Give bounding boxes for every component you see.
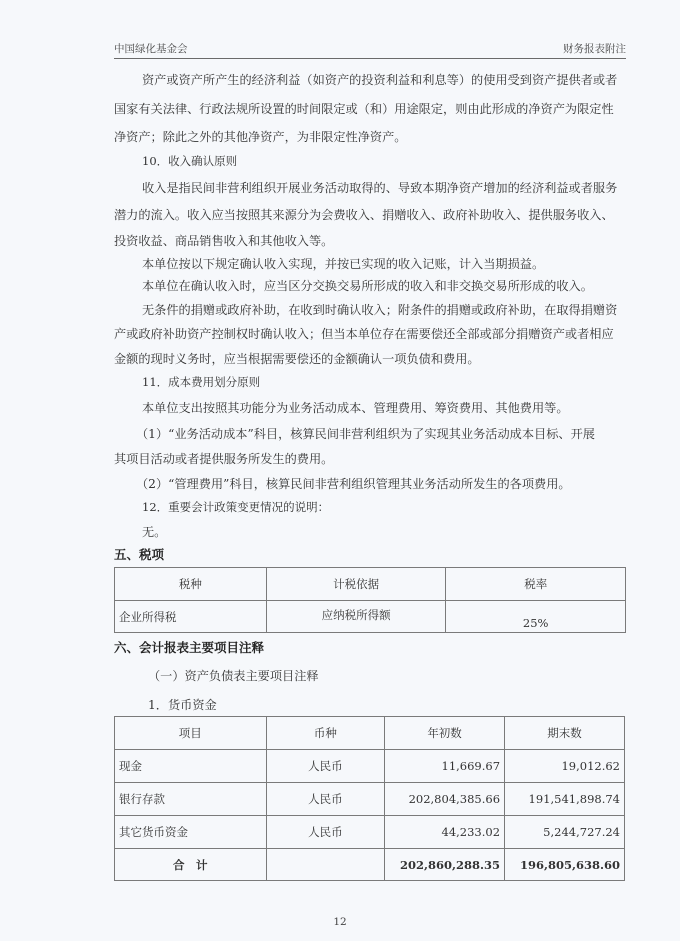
table-cell: 人民币 — [266, 750, 385, 783]
section-12-title: 12．重要会计政策变更情况的说明： — [114, 499, 654, 515]
tax-table: 税种 计税依据 税率 企业所得税 应纳税所得额 25% — [114, 567, 626, 633]
section-10-title: 10．收入确认原则 — [114, 153, 654, 169]
cash-item-title: 1．货币资金 — [114, 697, 660, 713]
table-header-row: 税种 计税依据 税率 — [115, 568, 626, 601]
paragraph-line: 本单位支出按照其功能分为业务活动成本、管理费用、筹资费用、其他费用等。 — [114, 400, 654, 416]
paragraph-line: 收入是指民间非营利组织开展业务活动取得的、导致本期净资产增加的经济利益或者服务 — [114, 180, 654, 196]
section-11-title: 11．成本费用划分原则 — [114, 374, 654, 390]
paragraph-line: 本单位按以下规定确认收入实现，并按已实现的收入记账，计入当期损益。 — [114, 256, 654, 272]
table-cell — [266, 849, 385, 881]
paragraph-line: 净资产；除此之外的其他净资产，为非限定性净资产。 — [114, 129, 626, 145]
paragraph-line: （2）“管理费用”科目，核算民间非营利组织管理其业务活动所发生的各项费用。 — [114, 476, 648, 492]
header-cell: 税率 — [446, 568, 626, 601]
table-row: 其它货币资金 人民币 44,233.02 5,244,727.24 — [115, 816, 625, 849]
header-cell: 计税依据 — [266, 568, 446, 601]
notes-section-title: 六、会计报表主要项目注释 — [114, 640, 626, 656]
paragraph-line: （1）“业务活动成本”科目，核算民间非营利组织为了实现其业务活动成本目标、开展 — [114, 426, 648, 442]
document-page: 中国绿化基金会 财务报表附注 资产或资产所产生的经济利益（如资产的投资利益和利息… — [0, 0, 680, 941]
page-number: 12 — [0, 916, 680, 928]
paragraph-line: 产或政府补助资产控制权时确认收入；但当本单位存在需要偿还全部或部分捐赠资产或者相… — [114, 326, 626, 342]
header-cell: 年初数 — [385, 717, 505, 750]
paragraph-line: 金额的现时义务时，应当根据需要偿还的金额确认一项负债和费用。 — [114, 351, 626, 367]
header-cell: 税种 — [115, 568, 267, 601]
table-cell: 其它货币资金 — [115, 816, 267, 849]
table-total-row: 合 计 202,860,288.35 196,805,638.60 — [115, 849, 625, 881]
paragraph-line: 无。 — [114, 524, 654, 540]
table-cell: 44,233.02 — [385, 816, 505, 849]
table-cell: 5,244,727.24 — [505, 816, 625, 849]
table-header-row: 项目 币种 年初数 期末数 — [115, 717, 625, 750]
paragraph-line: 潜力的流入。收入应当按照其来源分为会费收入、捐赠收入、政府补助收入、提供服务收入… — [114, 207, 626, 223]
total-label: 合 计 — [115, 849, 267, 881]
table-cell: 人民币 — [266, 783, 385, 816]
paragraph-line: 投资收益、商品销售收入和其他收入等。 — [114, 233, 626, 249]
table-row: 企业所得税 应纳税所得额 25% — [115, 601, 626, 633]
paragraph-line: 其项目活动或者提供服务所发生的费用。 — [114, 451, 626, 467]
table-cell: 人民币 — [266, 816, 385, 849]
table-cell: 25% — [446, 601, 626, 633]
header-cell: 项目 — [115, 717, 267, 750]
table-row: 银行存款 人民币 202,804,385.66 191,541,898.74 — [115, 783, 625, 816]
table-cell: 202,804,385.66 — [385, 783, 505, 816]
paragraph-line: 无条件的捐赠或政府补助，在收到时确认收入；附条件的捐赠或政府补助，在取得捐赠资 — [114, 302, 654, 318]
total-opening: 202,860,288.35 — [385, 849, 505, 881]
table-cell: 现金 — [115, 750, 267, 783]
paragraph-line: 资产或资产所产生的经济利益（如资产的投资利益和利息等）的使用受到资产提供者或者 — [114, 72, 654, 88]
table-cell: 企业所得税 — [115, 601, 267, 633]
table-cell: 11,669.67 — [385, 750, 505, 783]
cash-table: 项目 币种 年初数 期末数 现金 人民币 11,669.67 19,012.62… — [114, 716, 625, 881]
table-row: 现金 人民币 11,669.67 19,012.62 — [115, 750, 625, 783]
tax-section-title: 五、税项 — [114, 547, 626, 563]
table-cell: 19,012.62 — [505, 750, 625, 783]
table-cell: 191,541,898.74 — [505, 783, 625, 816]
header-cell: 币种 — [266, 717, 385, 750]
header-cell: 期末数 — [505, 717, 625, 750]
page-header: 中国绿化基金会 财务报表附注 — [114, 36, 626, 59]
total-closing: 196,805,638.60 — [505, 849, 625, 881]
table-cell: 银行存款 — [115, 783, 267, 816]
paragraph-line: 本单位在确认收入时，应当区分交换交易所形成的收入和非交换交易所形成的收入。 — [114, 278, 654, 294]
notes-subtitle: （一）资产负债表主要项目注释 — [114, 668, 660, 684]
paragraph-line: 国家有关法律、行政法规所设置的时间限定或（和）用途限定，则由此形成的净资产为限定… — [114, 101, 626, 117]
header-org-name: 中国绿化基金会 — [114, 41, 188, 56]
table-cell: 应纳税所得额 — [266, 601, 446, 633]
header-section-name: 财务报表附注 — [563, 41, 626, 56]
